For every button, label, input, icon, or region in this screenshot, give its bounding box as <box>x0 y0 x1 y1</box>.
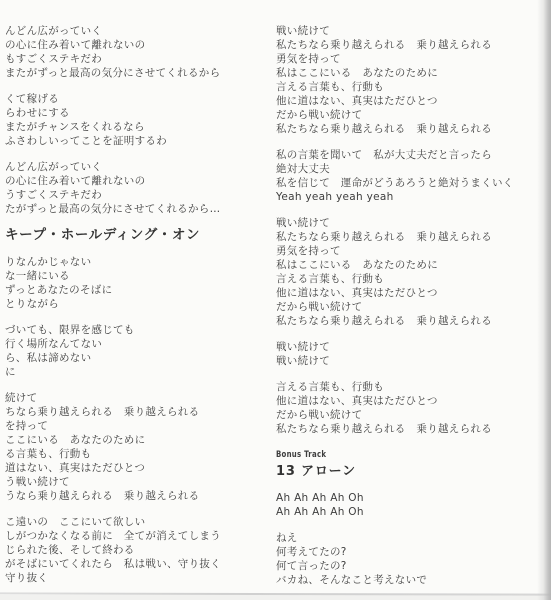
lyric-line: Ah Ah Ah Ah Oh <box>276 491 538 505</box>
lyrics-column-left: んどん広がっていくの心に住み着いて離れないのもすごくステキだわまたがずっと最高の… <box>5 24 269 597</box>
lyric-line: る言葉も、行動も <box>5 447 269 461</box>
lyric-line: こ遠いの ここにいて欲しい <box>5 515 269 529</box>
lyric-line: ねえ <box>276 531 538 545</box>
lyric-line: 私たちなら乗り越えられる 乗り越えられる <box>276 230 538 244</box>
lyric-line: ちなら乗り越えられる 乗り越えられる <box>5 405 269 419</box>
lyric-line: うすごくステキだわ <box>5 188 269 202</box>
lyric-line: う戦い続けて <box>5 475 269 489</box>
lyric-stanza: Ah Ah Ah Ah OhAh Ah Ah Ah Oh <box>276 491 538 519</box>
lyric-line: 勇気を持って <box>276 52 538 66</box>
lyric-line: 言える言葉も、行動も <box>276 272 538 286</box>
lyric-line: 続けて <box>5 391 269 405</box>
lyric-line: うなら乗り越えられる 乗り越えられる <box>5 489 269 503</box>
lyrics-column-right: 戦い続けて私たちなら乗り越えられる 乗り越えられる勇気を持って私はここにいる あ… <box>276 24 538 599</box>
lyric-line: 私たちなら乗り越えられる 乗り越えられる <box>276 122 538 136</box>
lyric-line: 私たちなら乗り越えられる 乗り越えられる <box>276 38 538 52</box>
lyric-line: ここにいる あなたのために <box>5 433 269 447</box>
lyric-line: 何て言ったの? <box>276 559 538 573</box>
lyric-line: 戦い続けて <box>276 340 538 354</box>
page-edge-shadow <box>537 0 551 600</box>
lyric-line: だから戦い続けて <box>276 108 538 122</box>
lyric-line: 他に道はない、真実はただひとつ <box>276 286 538 300</box>
lyric-line: 戦い続けて <box>276 354 538 368</box>
lyric-stanza: 続けてちなら乗り越えられる 乗り越えられるを持ってここにいる あなたのためにる言… <box>5 391 269 503</box>
lyric-stanza: んどん広がっていくの心に住み着いて離れないのうすごくステキだわたがずっと最高の気… <box>5 160 269 216</box>
lyric-stanza: づいても、限界を感じても行く場所なんてないら、私は諦めないに <box>5 323 269 379</box>
lyric-line: ふさわしいってことを証明するわ <box>5 134 269 148</box>
lyric-line: 言える言葉も、行動も <box>276 380 538 394</box>
lyric-line: しがつかなくなる前に 全てが消えてしまう <box>5 529 269 543</box>
lyric-stanza: 私の言葉を聞いて 私が大丈夫だと言ったら絶対大丈夫私を信じて 運命がどうあろうと… <box>276 148 538 204</box>
lyric-stanza: 戦い続けて私たちなら乗り越えられる 乗り越えられる勇気を持って私はここにいる あ… <box>276 24 538 136</box>
lyric-line: とりながら <box>5 297 269 311</box>
lyric-line: 守り抜く <box>5 571 269 585</box>
lyric-line: だから戦い続けて <box>276 408 538 422</box>
lyric-line: の心に住み着いて離れないの <box>5 38 269 52</box>
lyric-line: くて稼げる <box>5 92 269 106</box>
page-bottom-strip <box>0 595 551 600</box>
lyric-line: 私たちなら乗り越えられる 乗り越えられる <box>276 314 538 328</box>
lyric-line: 私たちなら乗り越えられる 乗り越えられる <box>276 422 538 436</box>
lyric-stanza: りなんかじゃないな一緒にいるずっとあなたのそばにとりながら <box>5 255 269 311</box>
lyric-line: 絶対大丈夫 <box>276 162 538 176</box>
lyric-stanza: ねえ何考えてたの?何て言ったの?バカね、そんなこと考えないで <box>276 531 538 587</box>
lyric-line: の心に住み着いて離れないの <box>5 174 269 188</box>
lyric-line: 私はここにいる あなたのために <box>276 258 538 272</box>
lyric-stanza: くて稼げるらわせにするまたがチャンスをくれるならふさわしいってことを証明するわ <box>5 92 269 148</box>
lyric-line: じられた後、そして終わる <box>5 543 269 557</box>
lyric-line: 戦い続けて <box>276 24 538 38</box>
lyric-stanza: こ遠いの ここにいて欲しいしがつかなくなる前に 全てが消えてしまうじられた後、そ… <box>5 515 269 585</box>
lyric-line: 私を信じて 運命がどうあろうと絶対うまくいく <box>276 176 538 190</box>
lyric-line: らわせにする <box>5 106 269 120</box>
lyric-line: もすごくステキだわ <box>5 52 269 66</box>
song-title: キープ・ホールディング・オン <box>5 228 269 242</box>
bonus-track-title: 13 アローン <box>276 465 538 479</box>
lyric-line: 私の言葉を聞いて 私が大丈夫だと言ったら <box>276 148 538 162</box>
lyric-line: 他に道はない、真実はただひとつ <box>276 94 538 108</box>
lyric-line: な一緒にいる <box>5 269 269 283</box>
lyric-line: 言える言葉も、行動も <box>276 80 538 94</box>
lyric-stanza: 言える言葉も、行動も他に道はない、真実はただひとつだから戦い続けて私たちなら乗り… <box>276 380 538 436</box>
lyric-line: だから戦い続けて <box>276 300 538 314</box>
lyric-line: を持って <box>5 419 269 433</box>
bonus-track-label: Bonus Track <box>276 448 491 462</box>
lyric-line: づいても、限界を感じても <box>5 323 269 337</box>
lyric-stanza: 戦い続けて戦い続けて <box>276 340 538 368</box>
lyric-line: バカね、そんなこと考えないで <box>276 573 538 587</box>
lyric-stanza: 戦い続けて私たちなら乗り越えられる 乗り越えられる勇気を持って私はここにいる あ… <box>276 216 538 328</box>
lyric-line: Yeah yeah yeah yeah <box>276 190 538 204</box>
booklet-page: んどん広がっていくの心に住み着いて離れないのもすごくステキだわまたがずっと最高の… <box>0 0 551 600</box>
lyric-line: がそばにいてくれたら 私は戦い、守り抜く <box>5 557 269 571</box>
lyric-line: ずっとあなたのそばに <box>5 283 269 297</box>
lyric-line: Ah Ah Ah Ah Oh <box>276 505 538 519</box>
lyric-line: 私はここにいる あなたのために <box>276 66 538 80</box>
lyric-line: に <box>5 365 269 379</box>
lyric-line: またがチャンスをくれるなら <box>5 120 269 134</box>
lyric-line: たがずっと最高の気分にさせてくれるから… <box>5 202 269 216</box>
lyric-line: 戦い続けて <box>276 216 538 230</box>
lyric-line: 道はない、真実はただひとつ <box>5 461 269 475</box>
lyric-stanza: んどん広がっていくの心に住み着いて離れないのもすごくステキだわまたがずっと最高の… <box>5 24 269 80</box>
lyric-line: りなんかじゃない <box>5 255 269 269</box>
lyric-line: 行く場所なんてない <box>5 337 269 351</box>
bonus-track-block: Bonus Track13 アローン <box>276 448 538 479</box>
lyric-line: 他に道はない、真実はただひとつ <box>276 394 538 408</box>
lyric-line: またがずっと最高の気分にさせてくれるから <box>5 66 269 80</box>
lyric-line: んどん広がっていく <box>5 160 269 174</box>
lyric-line: 勇気を持って <box>276 244 538 258</box>
lyric-line: 何考えてたの? <box>276 545 538 559</box>
lyric-line: んどん広がっていく <box>5 24 269 38</box>
lyric-line: ら、私は諦めない <box>5 351 269 365</box>
